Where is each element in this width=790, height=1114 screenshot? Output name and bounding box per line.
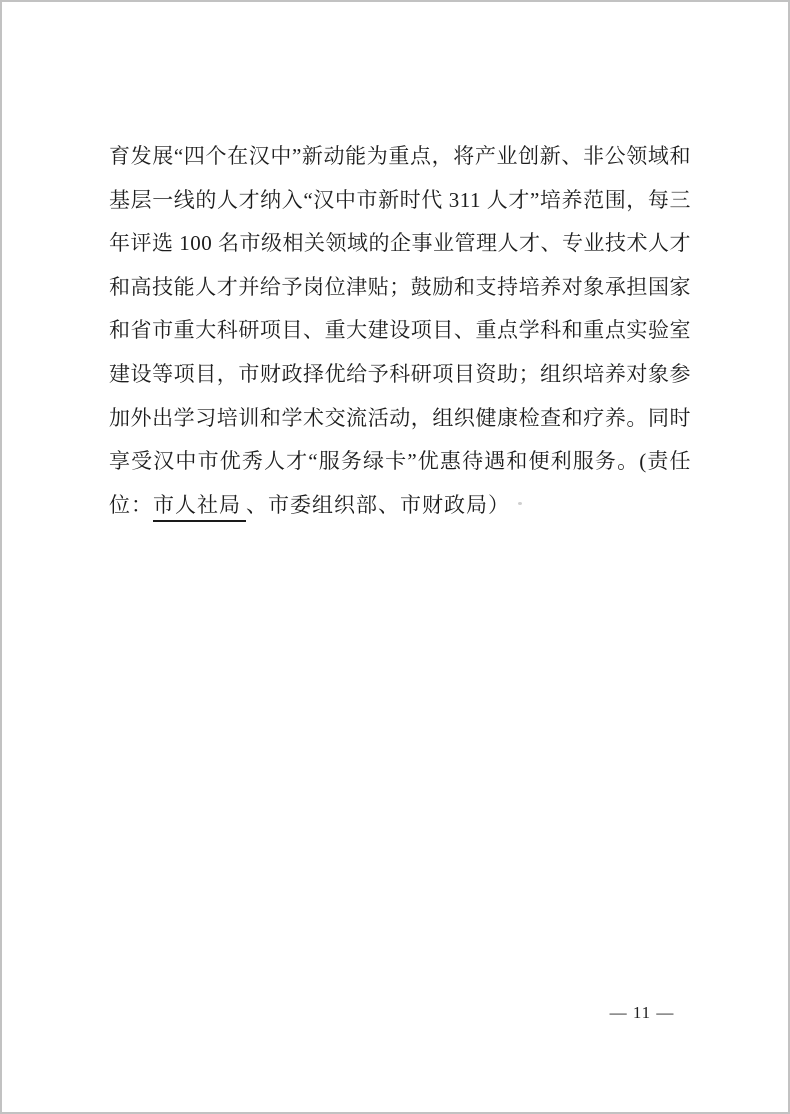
responsible-unit-prefix: 位： [109, 493, 153, 517]
paragraph-line: 育发展“四个在汉中”新动能为重点，将产业创新、非公领域和 [109, 135, 691, 179]
body-paragraph: 育发展“四个在汉中”新动能为重点，将产业创新、非公领域和 基层一线的人才纳入“汉… [109, 135, 691, 527]
paragraph-line: 基层一线的人才纳入“汉中市新时代 311 人才”培养范围，每三 [109, 179, 691, 223]
scan-artifact-dot [518, 502, 522, 505]
paragraph-line-last: 位：市人社局、市委组织部、市财政局） [109, 484, 691, 528]
paragraph-line: 建设等项目，市财政择优给予科研项目资助；组织培养对象参 [109, 353, 691, 397]
paragraph-line: 加外出学习培训和学术交流活动，组织健康检查和疗养。同时 [109, 397, 691, 441]
responsible-unit-suffix: 、市委组织部、市财政局） [246, 493, 510, 517]
scanned-document-page: 育发展“四个在汉中”新动能为重点，将产业创新、非公领域和 基层一线的人才纳入“汉… [0, 0, 790, 1114]
page-number: — 11 — [582, 1002, 702, 1024]
paragraph-line: 享受汉中市优秀人才“服务绿卡”优惠待遇和便利服务。(责任单 [109, 440, 691, 484]
paragraph-line: 年评选 100 名市级相关领域的企事业管理人才、专业技术人才 [109, 222, 691, 266]
paragraph-line: 和高技能人才并给予岗位津贴；鼓励和支持培养对象承担国家 [109, 266, 691, 310]
responsible-unit-underlined: 市人社局 [153, 493, 246, 522]
paragraph-line: 和省市重大科研项目、重大建设项目、重点学科和重点实验室 [109, 309, 691, 353]
